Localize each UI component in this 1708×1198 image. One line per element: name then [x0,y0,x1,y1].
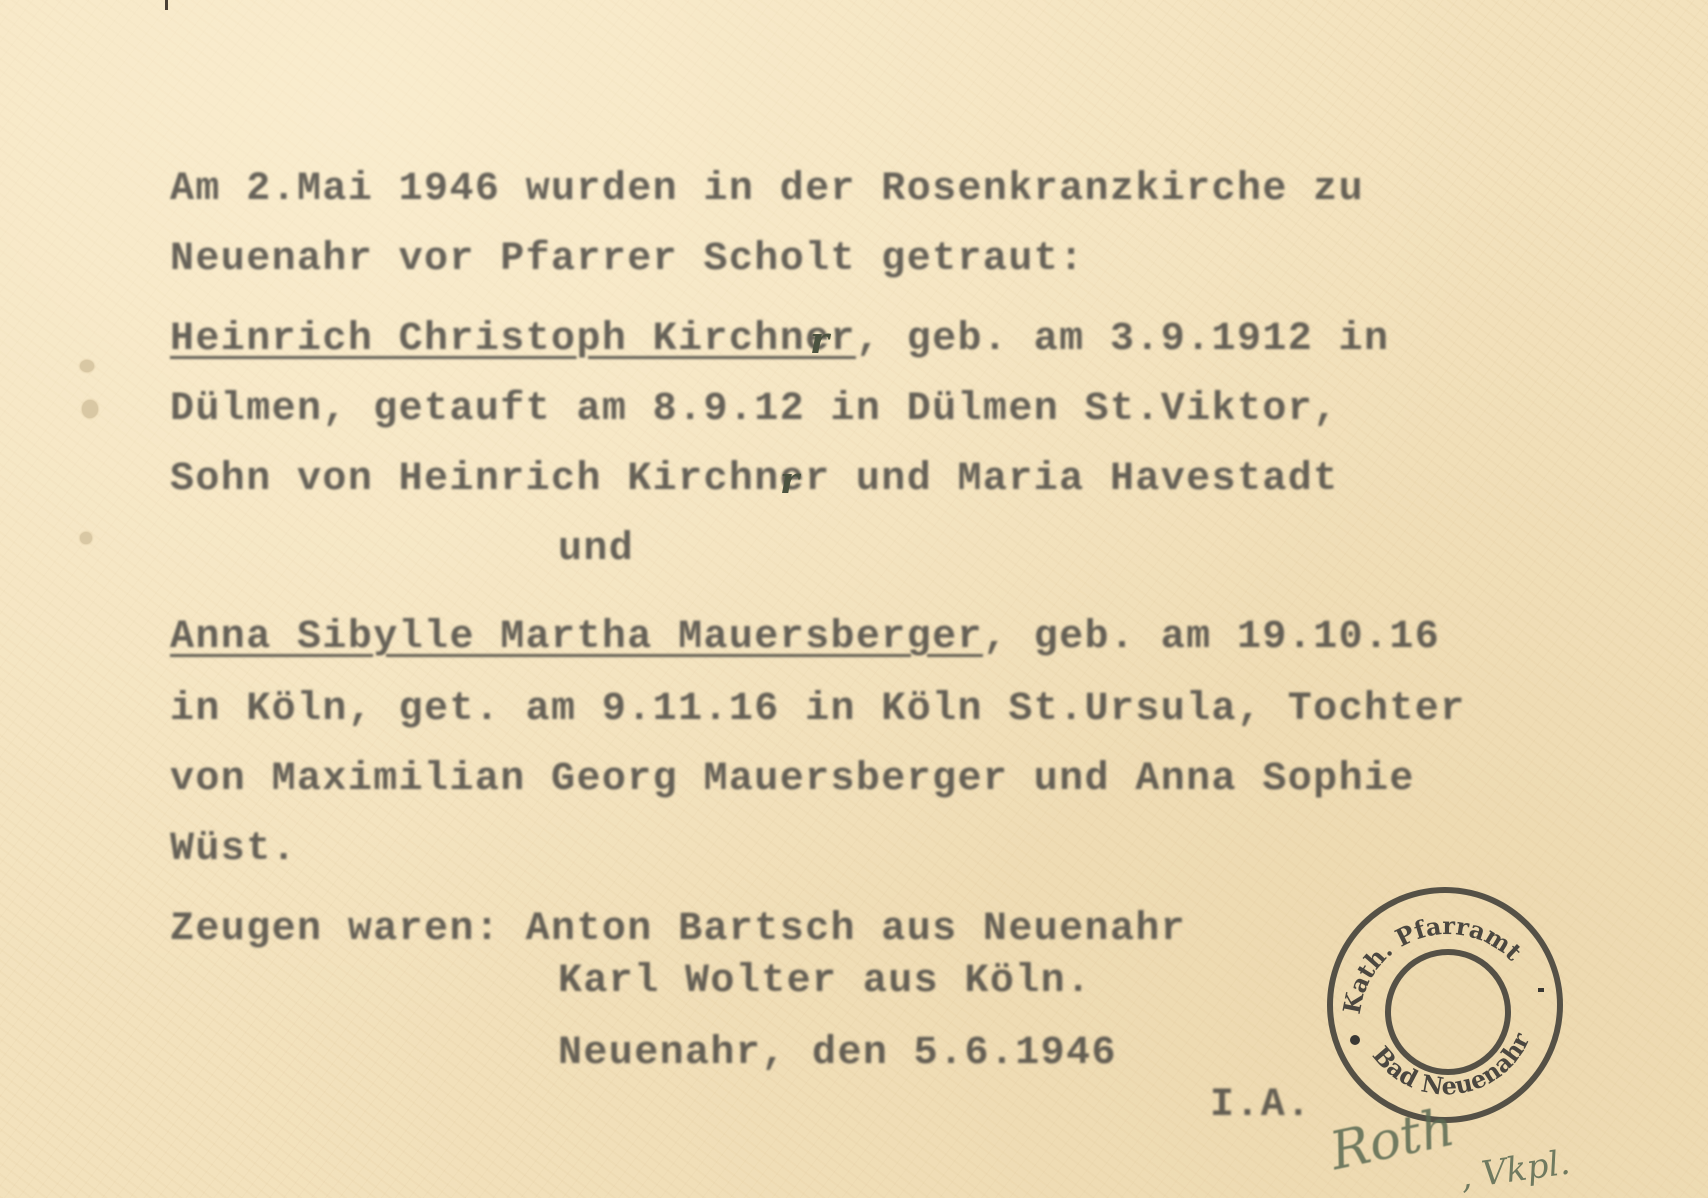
groom-name: Heinrich Christoph Kirchner [170,317,856,362]
paper-mark [80,360,94,372]
doc-line-6-und: und [558,526,634,574]
parish-stamp: Kath. Pfarramt Bad Neuenahr [1320,880,1570,1130]
doc-line-4: Dülmen, getauft am 8.9.12 in Dülmen St.V… [170,386,1339,434]
doc-line-7: Anna Sibylle Martha Mauersberger, geb. a… [170,614,1440,662]
paper-edge-mark [165,0,168,10]
doc-line-8: in Köln, get. am 9.11.16 in Köln St.Ursu… [170,686,1466,734]
bride-name: Anna Sibylle Martha Mauersberger [170,615,983,660]
witnesses-line-2: Karl Wolter aus Köln. [558,958,1091,1006]
paper-mark [82,400,98,418]
doc-line-1: Am 2.Mai 1946 wurden in der Rosenkranzki… [170,166,1364,214]
paper-mark [80,532,92,544]
doc-line-5: Sohn von Heinrich Kirchner und Maria Hav… [170,456,1339,504]
doc-line-9: von Maximilian Georg Mauersberger und An… [170,756,1415,804]
handwritten-correction: r [780,460,799,502]
typed-document-body: Am 2.Mai 1946 wurden in der Rosenkranzki… [170,0,221,675]
bride-birth: , geb. am 19.10.16 [983,615,1440,660]
ia-line: I.A. [1210,1082,1312,1130]
place-date-line: Neuenahr, den 5.6.1946 [558,1030,1117,1078]
doc-line-2: Neuenahr vor Pfarrer Scholt getraut: [170,236,1085,284]
doc-line-3: Heinrich Christoph Kirchner, geb. am 3.9… [170,316,1389,364]
witnesses-line-1: Zeugen waren: Anton Bartsch aus Neuenahr [170,906,1186,954]
groom-birth: , geb. am 3.9.1912 in [856,317,1389,362]
handwritten-correction: r [810,320,829,362]
svg-text:Kath. Pfarramt: Kath. Pfarramt [1337,911,1528,1016]
stamp-top-text: Kath. Pfarramt [1337,911,1528,1016]
doc-line-10: Wüst. [170,826,297,874]
